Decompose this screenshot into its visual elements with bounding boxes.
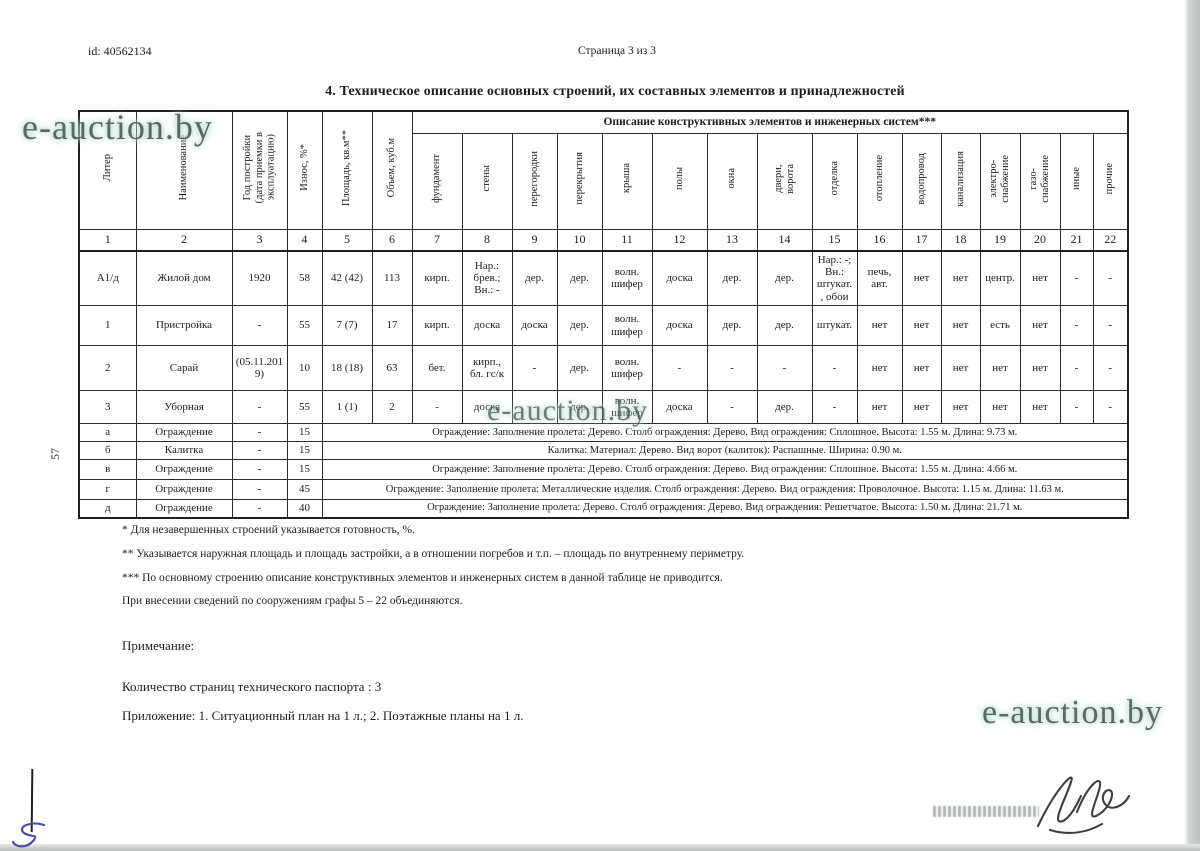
structure-description-cell: Ограждение: Заполнение пролета: Дерево. … — [322, 460, 1128, 480]
table-cell: нет — [857, 306, 902, 346]
note-attachments: Приложение: 1. Ситуационный план на 1 л.… — [122, 708, 523, 724]
column-header: водопровод — [902, 133, 941, 229]
footnote: ** Указывается наружная площадь и площад… — [122, 548, 1102, 562]
table-cell: кирп., бл. гс/к — [462, 346, 512, 391]
table-cell: - — [1060, 251, 1093, 306]
footnote: При внесении сведений по сооружениям гра… — [122, 595, 1102, 609]
column-header-label: окна — [726, 168, 738, 189]
table-cell: Пристройка — [136, 306, 232, 346]
table-cell: - — [757, 346, 812, 391]
column-number: 7 — [412, 229, 462, 251]
table-cell: доска — [652, 391, 707, 424]
table-cell: кирп. — [412, 251, 462, 306]
table-cell: есть — [980, 306, 1020, 346]
column-header: Объем, куб.м — [372, 111, 412, 229]
table-cell: 2 — [372, 391, 412, 424]
table-cell: 18 (18) — [322, 346, 372, 391]
table-cell: - — [1060, 306, 1093, 346]
table-cell: Ограждение — [136, 424, 232, 442]
table-cell: доска — [462, 306, 512, 346]
column-number: 13 — [707, 229, 757, 251]
table-cell: волн. шифер — [602, 346, 652, 391]
signature — [1030, 766, 1145, 836]
column-header: перекрытия — [557, 133, 602, 229]
column-header-label: Объем, куб.м — [386, 138, 398, 197]
table-cell: штукат. — [812, 306, 857, 346]
column-number: 17 — [902, 229, 941, 251]
column-header: отопление — [857, 133, 902, 229]
column-header-label: электро- снабжение — [988, 155, 1012, 203]
footnotes: * Для незавершенных строений указывается… — [122, 524, 1102, 619]
column-header-label: фундамент — [431, 154, 443, 203]
table-cell: нет — [980, 346, 1020, 391]
table-cell: 3 — [79, 391, 136, 424]
table-cell: доска — [652, 251, 707, 306]
column-number: 4 — [287, 229, 322, 251]
column-header: перегородки — [512, 133, 557, 229]
table-cell: - — [232, 480, 287, 500]
structure-row: гОграждение-45Ограждение: Заполнение про… — [79, 480, 1128, 500]
column-number: 22 — [1093, 229, 1128, 251]
table-cell: дер. — [557, 251, 602, 306]
column-header: полы — [652, 133, 707, 229]
table-cell: 63 — [372, 346, 412, 391]
column-header: окна — [707, 133, 757, 229]
table-cell: доска — [652, 306, 707, 346]
table-cell: 42 (42) — [322, 251, 372, 306]
table-cell: нет — [902, 346, 941, 391]
table-cell: Ограждение — [136, 460, 232, 480]
column-number: 20 — [1020, 229, 1060, 251]
building-row: 2Сарай(05.11.2019)1018 (18)63бет.кирп., … — [79, 346, 1128, 391]
table-cell: дер. — [757, 251, 812, 306]
structure-description-cell: Калитка: Материал: Дерево. Вид ворот (ка… — [322, 442, 1128, 460]
table-cell: 40 — [287, 500, 322, 518]
table-cell: нет — [941, 391, 980, 424]
structure-description-cell: Ограждение: Заполнение пролета: Дерево. … — [322, 500, 1128, 518]
table-header-row-1: ЛитерНаименованиеГод постройки (дата при… — [79, 111, 1128, 133]
table-cell: - — [232, 442, 287, 460]
table-cell: Калитка — [136, 442, 232, 460]
table-cell: центр. — [980, 251, 1020, 306]
table-cell: 10 — [287, 346, 322, 391]
table-cell: дер. — [707, 251, 757, 306]
footnote: * Для незавершенных строений указывается… — [122, 524, 1102, 538]
table-cell: нет — [857, 391, 902, 424]
column-header: фундамент — [412, 133, 462, 229]
column-header-label: прочие — [1104, 163, 1116, 194]
table-cell: а — [79, 424, 136, 442]
column-header-label: Площадь, кв.м** — [341, 130, 353, 206]
column-number: 10 — [557, 229, 602, 251]
table-cell: Нар.: брев.; Вн.: - — [462, 251, 512, 306]
table-cell: 15 — [287, 424, 322, 442]
scanned-page: { "page": { "doc_id": "id: 40562134", "p… — [0, 0, 1200, 851]
table-cell: 2 — [79, 346, 136, 391]
table-cell: 1 — [79, 306, 136, 346]
column-header-label: Литер — [102, 154, 114, 181]
table-cell: - — [707, 391, 757, 424]
watermark: e-auction.by — [22, 106, 213, 148]
table-cell: 58 — [287, 251, 322, 306]
table-cell: (05.11.2019) — [232, 346, 287, 391]
table-cell: дер. — [757, 391, 812, 424]
table-cell: бет. — [412, 346, 462, 391]
table-cell: 15 — [287, 460, 322, 480]
table-cell: нет — [857, 346, 902, 391]
table-cell: в — [79, 460, 136, 480]
table-cell: - — [232, 306, 287, 346]
table-cell: - — [232, 460, 287, 480]
table-cell: Уборная — [136, 391, 232, 424]
table-cell: 55 — [287, 306, 322, 346]
column-number: 2 — [136, 229, 232, 251]
group-header: Описание конструктивных элементов и инже… — [412, 111, 1128, 133]
table-cell: - — [1093, 391, 1128, 424]
table-cell: дер. — [707, 306, 757, 346]
column-header-label: перекрытия — [574, 152, 586, 205]
scan-edge-bottom — [0, 844, 1200, 851]
page-indicator: Страница 3 из 3 — [578, 45, 656, 57]
page-title: 4. Техническое описание основных строени… — [0, 83, 1200, 99]
column-header-label: полы — [674, 167, 686, 190]
table-cell: Сарай — [136, 346, 232, 391]
column-header: Износ, %* — [287, 111, 322, 229]
table-cell: печь, авт. — [857, 251, 902, 306]
table-cell: нет — [902, 391, 941, 424]
column-header-label: иные — [1071, 167, 1083, 190]
building-row: 1Пристройка-557 (7)17кирп.доскадоскадер.… — [79, 306, 1128, 346]
table-cell: нет — [902, 251, 941, 306]
column-number: 3 — [232, 229, 287, 251]
column-number: 21 — [1060, 229, 1093, 251]
table-cell: - — [1093, 346, 1128, 391]
column-number-row: 12345678910111213141516171819202122 — [79, 229, 1128, 251]
column-number: 5 — [322, 229, 372, 251]
column-header-label: канализация — [955, 151, 967, 207]
column-header-label: отделка — [829, 161, 841, 195]
table-cell: 45 — [287, 480, 322, 500]
column-number: 9 — [512, 229, 557, 251]
table-cell: нет — [941, 251, 980, 306]
pen-mark — [8, 820, 54, 850]
column-number: 19 — [980, 229, 1020, 251]
table-cell: - — [1060, 391, 1093, 424]
column-number: 1 — [79, 229, 136, 251]
stamp-remnant — [933, 806, 1039, 817]
table-cell: 7 (7) — [322, 306, 372, 346]
footnote: *** По основному строению описание конст… — [122, 572, 1102, 586]
column-number: 6 — [372, 229, 412, 251]
table-cell: дер. — [757, 306, 812, 346]
column-header: стены — [462, 133, 512, 229]
table-cell: Ограждение — [136, 500, 232, 518]
column-header: отделка — [812, 133, 857, 229]
column-number: 12 — [652, 229, 707, 251]
table-cell: дер. — [512, 251, 557, 306]
column-header-label: двери, ворота — [773, 164, 797, 194]
table-cell: - — [812, 391, 857, 424]
table-cell: нет — [1020, 251, 1060, 306]
table-cell: нет — [980, 391, 1020, 424]
table-cell: г — [79, 480, 136, 500]
note-heading: Примечание: — [122, 638, 194, 654]
structure-description-cell: Ограждение: Заполнение пролета: Дерево. … — [322, 424, 1128, 442]
column-header-label: крыша — [621, 163, 633, 193]
column-header-label: Год постройки (дата приемки в эксплуатац… — [242, 132, 277, 203]
note-pages-count: Количество страниц технического паспорта… — [122, 679, 381, 695]
table-cell: - — [412, 391, 462, 424]
watermark: e-auction.by — [487, 394, 648, 428]
table-cell: кирп. — [412, 306, 462, 346]
table-cell: - — [232, 500, 287, 518]
column-number: 15 — [812, 229, 857, 251]
column-header: прочие — [1093, 133, 1128, 229]
table-cell: нет — [941, 306, 980, 346]
table-cell: доска — [512, 306, 557, 346]
table-cell: А1/д — [79, 251, 136, 306]
column-header: электро- снабжение — [980, 133, 1020, 229]
column-number: 14 — [757, 229, 812, 251]
table-cell: - — [652, 346, 707, 391]
column-header-label: водопровод — [916, 153, 928, 205]
table-cell: нет — [941, 346, 980, 391]
table-cell: б — [79, 442, 136, 460]
column-header: двери, ворота — [757, 133, 812, 229]
scan-edge-right — [1184, 0, 1200, 851]
table-cell: 113 — [372, 251, 412, 306]
column-header-label: перегородки — [529, 151, 541, 207]
table-cell: - — [1060, 346, 1093, 391]
table-wrapper: ЛитерНаименованиеГод постройки (дата при… — [78, 110, 1129, 519]
column-header: газо- снабжение — [1020, 133, 1060, 229]
table-cell: 17 — [372, 306, 412, 346]
table-cell: - — [512, 346, 557, 391]
table-cell: - — [1093, 251, 1128, 306]
table-cell: дер. — [557, 346, 602, 391]
column-number: 18 — [941, 229, 980, 251]
building-row: А1/дЖилой дом19205842 (42)113кирп.Нар.: … — [79, 251, 1128, 306]
table-cell: - — [1093, 306, 1128, 346]
column-header: иные — [1060, 133, 1093, 229]
table-cell: - — [232, 424, 287, 442]
column-header: Год постройки (дата приемки в эксплуатац… — [232, 111, 287, 229]
structure-description-cell: Ограждение: Заполнение пролета: Металлич… — [322, 480, 1128, 500]
structure-row: бКалитка-15Калитка: Материал: Дерево. Ви… — [79, 442, 1128, 460]
table-cell: нет — [1020, 306, 1060, 346]
table-cell: волн. шифер — [602, 251, 652, 306]
table-cell: 15 — [287, 442, 322, 460]
table-cell: 1 (1) — [322, 391, 372, 424]
table-cell: нет — [1020, 346, 1060, 391]
side-page-number: 57 — [48, 448, 63, 460]
table-cell: д — [79, 500, 136, 518]
watermark: e-auction.by — [982, 694, 1163, 732]
table-cell: Нар.: -; Вн.: штукат. , обои — [812, 251, 857, 306]
column-header-label: газо- снабжение — [1028, 155, 1052, 203]
column-header: канализация — [941, 133, 980, 229]
table-cell: Ограждение — [136, 480, 232, 500]
table-cell: - — [812, 346, 857, 391]
table-cell: Жилой дом — [136, 251, 232, 306]
column-header-label: отопление — [874, 155, 886, 201]
table-cell: 1920 — [232, 251, 287, 306]
structure-row: вОграждение-15Ограждение: Заполнение про… — [79, 460, 1128, 480]
table-cell: дер. — [557, 306, 602, 346]
column-number: 11 — [602, 229, 652, 251]
column-header-label: Износ, %* — [299, 144, 311, 191]
column-header: Площадь, кв.м** — [322, 111, 372, 229]
table-cell: - — [707, 346, 757, 391]
doc-id: id: 40562134 — [88, 44, 152, 59]
table-cell: 55 — [287, 391, 322, 424]
structure-row: дОграждение-40Ограждение: Заполнение про… — [79, 500, 1128, 518]
column-number: 8 — [462, 229, 512, 251]
table-cell: нет — [902, 306, 941, 346]
table-cell: волн. шифер — [602, 306, 652, 346]
column-header: крыша — [602, 133, 652, 229]
technical-description-table: ЛитерНаименованиеГод постройки (дата при… — [78, 110, 1129, 519]
column-number: 16 — [857, 229, 902, 251]
column-header-label: стены — [481, 165, 493, 192]
table-cell: - — [232, 391, 287, 424]
table-cell: нет — [1020, 391, 1060, 424]
